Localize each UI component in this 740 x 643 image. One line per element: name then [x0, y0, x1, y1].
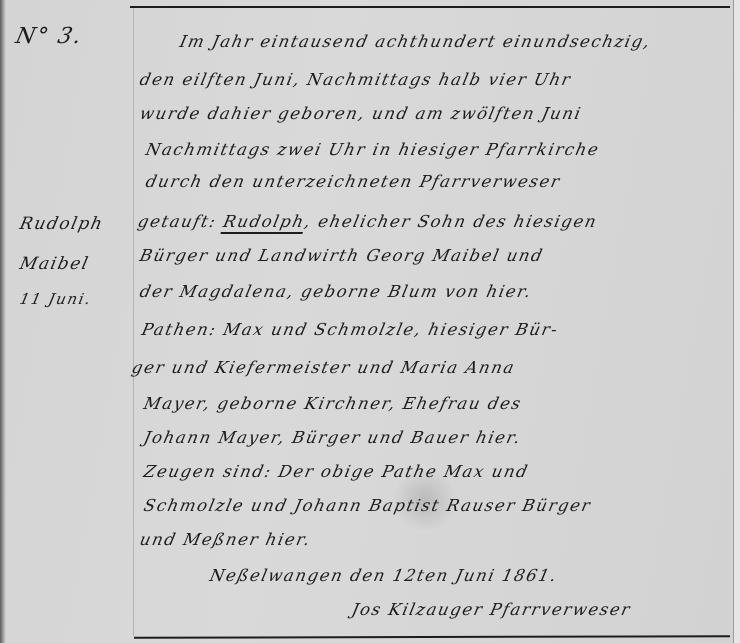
text-line-13: Zeugen sind: Der obige Pathe Max und — [142, 462, 531, 482]
text-line-12: Johann Mayer, Bürger und Bauer hier. — [142, 428, 523, 448]
bottom-rule — [134, 635, 730, 639]
signature-line: Jos Kilzauger Pfarrverweser — [350, 600, 633, 620]
margin-given-name: Rudolph — [18, 214, 106, 234]
margin-date: 11 Juni. — [18, 290, 93, 308]
text-line-6: getauft: Rudolph, ehelicher Sohn des hie… — [136, 212, 599, 232]
margin-surname: Maibel — [18, 254, 91, 274]
text-line-5: durch den unterzeichneten Pfarrverweser — [144, 172, 563, 192]
top-rule — [130, 6, 730, 8]
margin-divider — [133, 6, 134, 636]
text-line-2: den eilften Juni, Nachmittags halb vier … — [138, 70, 573, 90]
text-line-3: wurde dahier geboren, und am zwölften Ju… — [138, 104, 584, 124]
text-line-15: und Meßner hier. — [138, 530, 313, 550]
text-line-9: Pathen: Max und Schmolzle, hiesiger Bür- — [140, 320, 561, 340]
text-line-1: Im Jahr eintausend achthundert einundsec… — [178, 32, 653, 52]
page-right-edge — [734, 0, 740, 643]
entry-number: N° 3. — [13, 24, 85, 49]
baptized-label: getauft: — [136, 212, 219, 231]
register-page: N° 3. Rudolph Maibel 11 Juni. Im Jahr ei… — [0, 0, 740, 643]
text-line-14: Schmolzle und Johann Baptist Rauser Bürg… — [142, 496, 593, 516]
margin-column: N° 3. Rudolph Maibel 11 Juni. — [0, 0, 134, 643]
text-line-10: ger und Kiefermeister und Maria Anna — [130, 358, 517, 378]
baptized-description: , ehelicher Sohn des hiesigen — [303, 212, 600, 231]
place-date-line: Neßelwangen den 12ten Juni 1861. — [208, 566, 560, 586]
text-line-11: Mayer, geborne Kirchner, Ehefrau des — [142, 394, 524, 414]
text-line-8: der Magdalena, geborne Blum von hier. — [138, 282, 534, 302]
text-line-7: Bürger und Landwirth Georg Maibel und — [138, 246, 546, 266]
baptized-name: Rudolph — [221, 212, 307, 234]
text-line-4: Nachmittags zwei Uhr in hiesiger Pfarrki… — [144, 140, 602, 160]
